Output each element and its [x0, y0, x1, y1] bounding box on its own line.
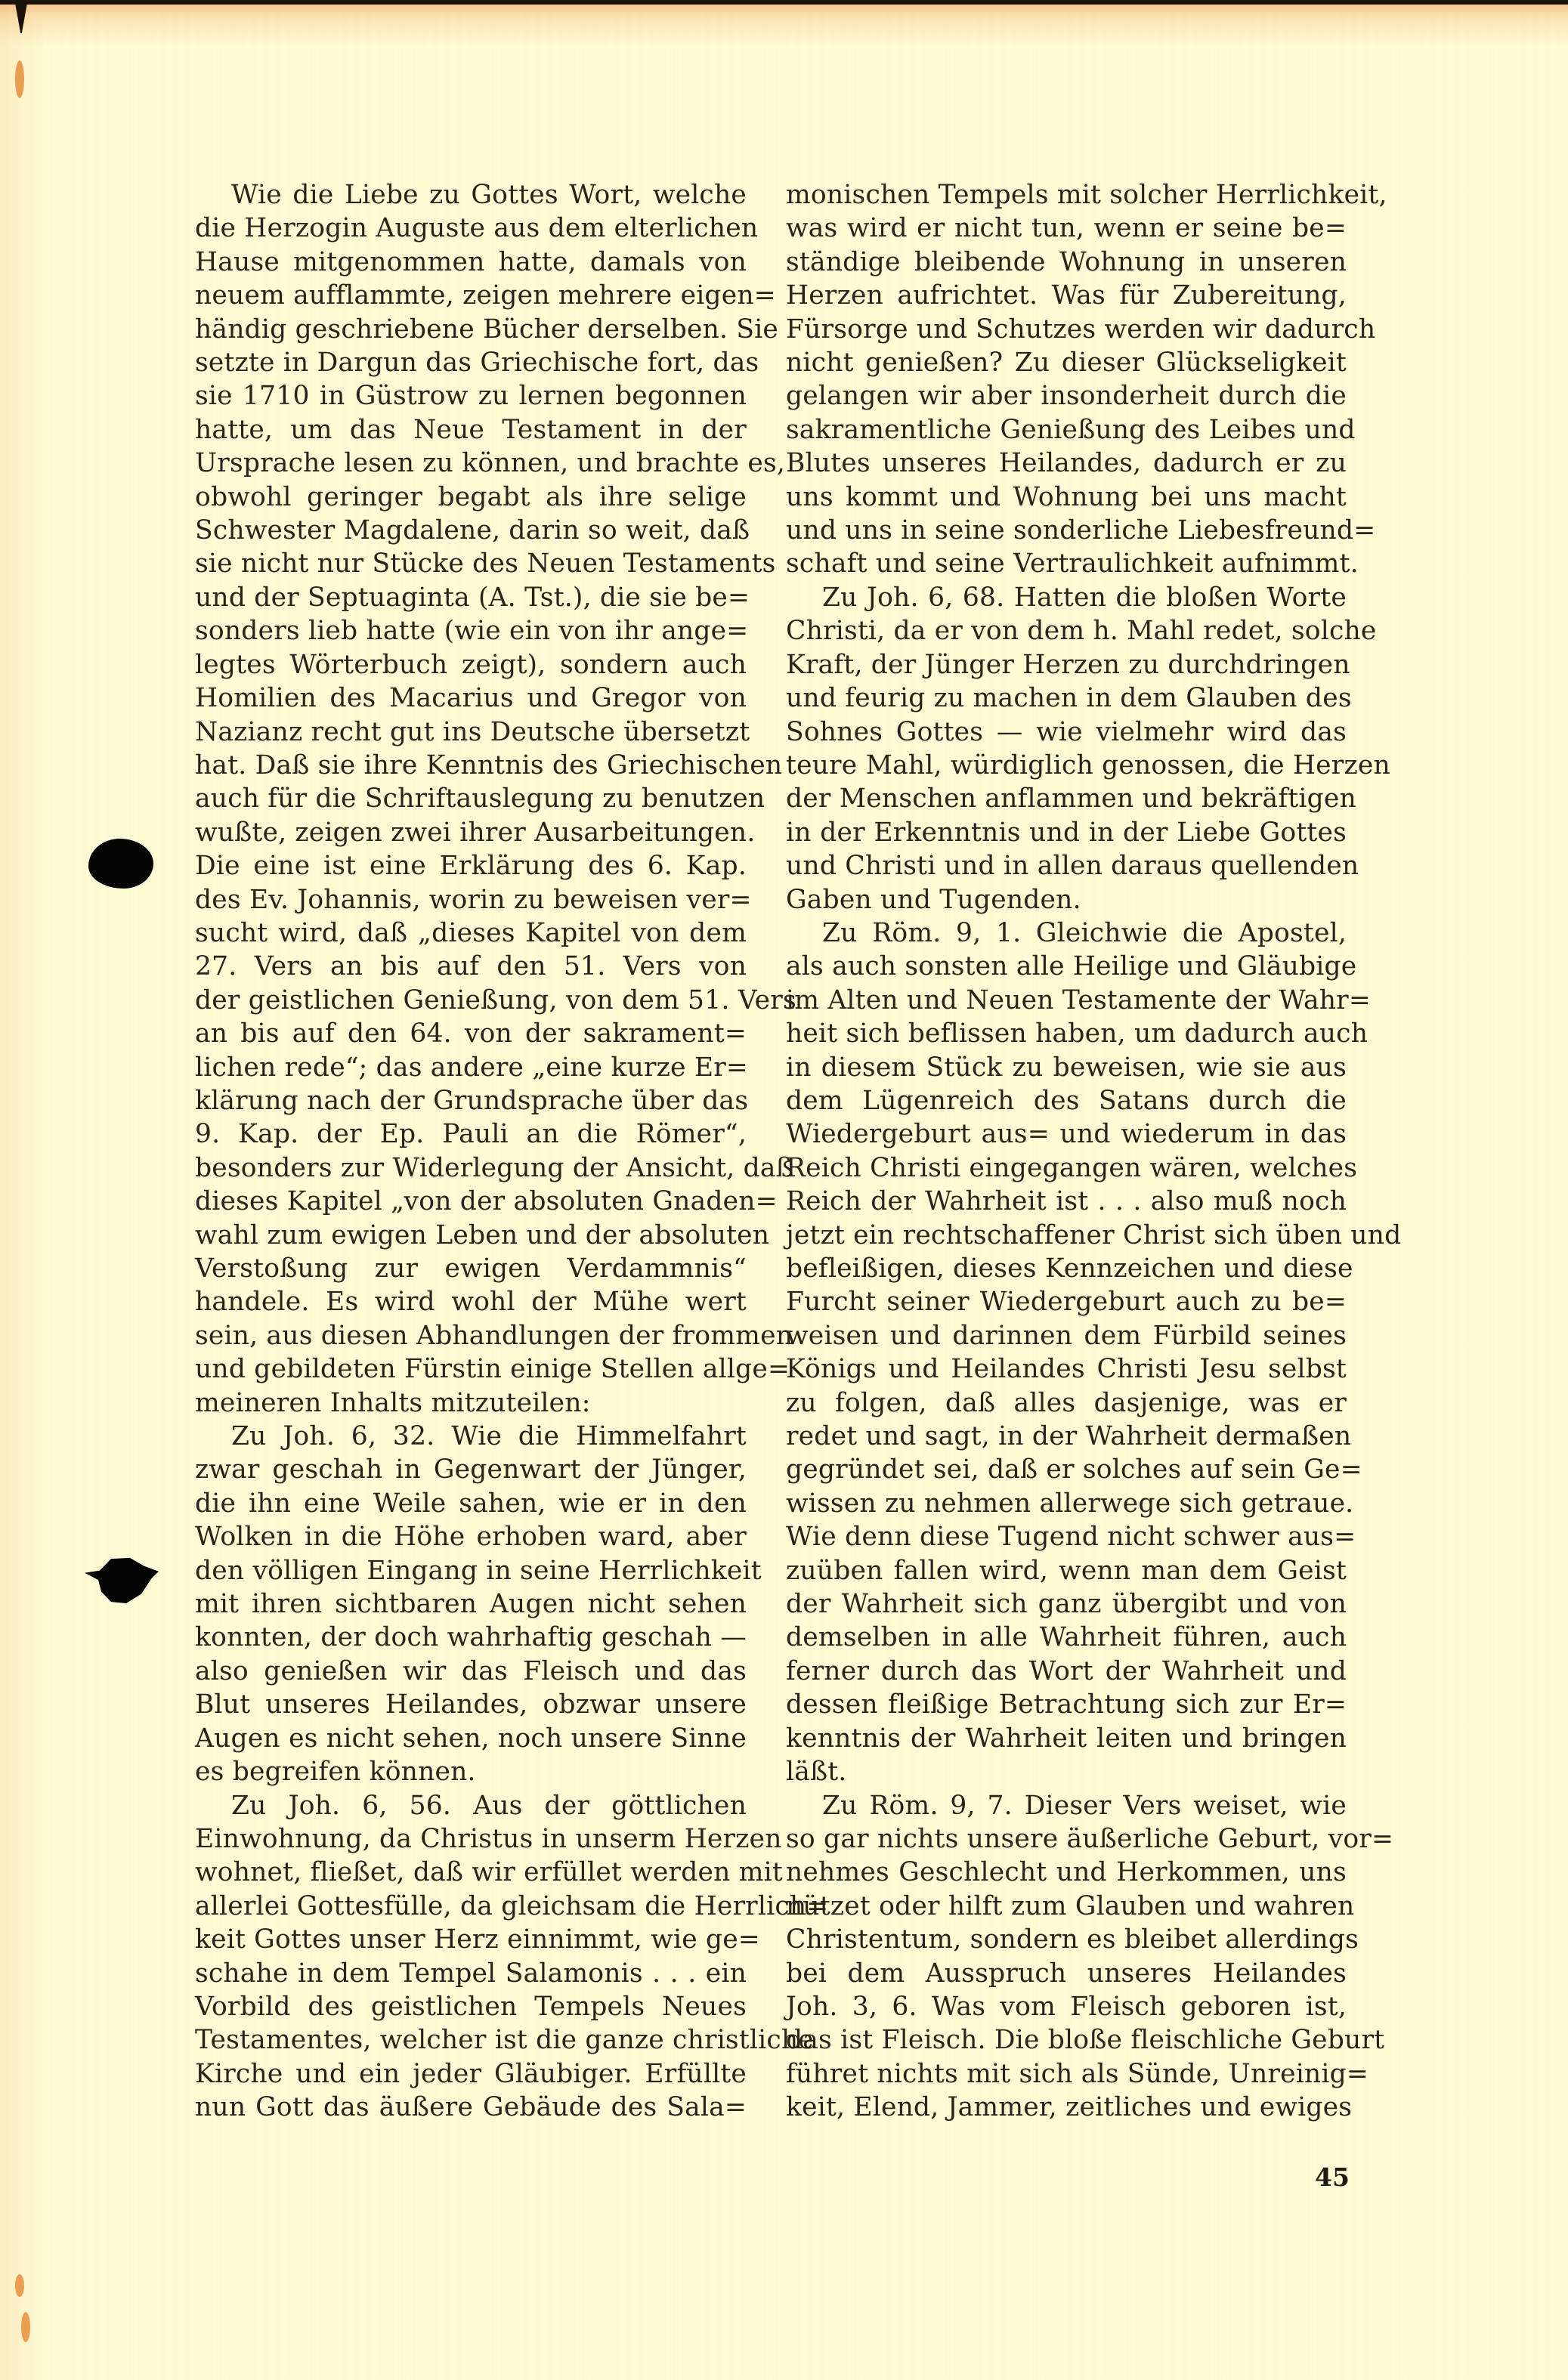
text-line: und Christi und in allen daraus quellend…	[786, 849, 1347, 882]
text-line: Wiedergeburt aus= und wiederum in das	[786, 1117, 1347, 1151]
text-line: Zu Röm. 9, 7. Dieser Vers weiset, wie	[786, 1789, 1347, 1822]
text-line: das ist Fleisch. Die bloße fleischliche …	[786, 2023, 1347, 2057]
text-line: sakramentliche Genießung des Leibes und	[786, 413, 1347, 447]
text-line: Nazianz recht gut ins Deutsche übersetzt	[195, 716, 747, 749]
text-line: dessen fleißige Betrachtung sich zur Er=	[786, 1688, 1347, 1721]
text-line: nehmes Geschlecht und Herkommen, uns	[786, 1856, 1347, 1889]
text-line: Reich Christi eingegangen wären, welches	[786, 1151, 1347, 1185]
text-line: befleißigen, dieses Kennzeichen und dies…	[786, 1252, 1347, 1285]
punch-hole-upper	[88, 839, 153, 889]
text-line: hat. Daß sie ihre Kenntnis des Griechisc…	[195, 749, 747, 782]
text-line: Kirche und ein jeder Gläubiger. Erfüllte	[195, 2057, 747, 2091]
text-line: und der Septuaginta (A. Tst.), die sie b…	[195, 581, 747, 614]
text-line: es begreifen können.	[195, 1755, 747, 1788]
text-line: Fürsorge und Schutzes werden wir dadurch	[786, 313, 1347, 346]
text-line: sucht wird, daß „dieses Kapitel von dem	[195, 916, 747, 950]
text-line: nun Gott das äußere Gebäude des Sala=	[195, 2091, 747, 2124]
text-line: und feurig zu machen in dem Glauben des	[786, 682, 1347, 715]
text-line: in der Erkenntnis und in der Liebe Gotte…	[786, 816, 1347, 849]
text-line: uns kommt und Wohnung bei uns macht	[786, 481, 1347, 514]
text-line: keit, Elend, Jammer, zeitliches und ewig…	[786, 2091, 1347, 2124]
text-line: Wie denn diese Tugend nicht schwer aus=	[786, 1520, 1347, 1553]
text-line: der Menschen anflammen und bekräftigen	[786, 782, 1347, 815]
text-line: händig geschriebene Bücher derselben. Si…	[195, 313, 747, 346]
text-line: zuüben fallen wird, wenn man dem Geist	[786, 1554, 1347, 1587]
text-line: allerlei Gottesfülle, da gleichsam die H…	[195, 1890, 747, 1923]
text-line: Zu Röm. 9, 1. Gleichwie die Apostel,	[786, 916, 1347, 950]
text-line: konnten, der doch wahrhaftig geschah —	[195, 1621, 747, 1654]
text-line: 9. Kap. der Ep. Pauli an die Römer“,	[195, 1117, 747, 1151]
text-line: schaft und seine Vertraulichkeit aufnimm…	[786, 547, 1347, 580]
text-line: Zu Joh. 6, 32. Wie die Himmelfahrt	[195, 1420, 747, 1453]
edge-stain	[15, 2274, 24, 2297]
text-line: heit sich beflissen haben, um dadurch au…	[786, 1017, 1347, 1050]
text-line: also genießen wir das Fleisch und das	[195, 1655, 747, 1688]
text-line: gegründet sei, daß er solches auf sein G…	[786, 1453, 1347, 1486]
text-line: die Herzogin Auguste aus dem elterlichen	[195, 212, 747, 245]
text-line: 27. Vers an bis auf den 51. Vers von	[195, 950, 747, 983]
text-line: wußte, zeigen zwei ihrer Ausarbeitungen.	[195, 816, 747, 849]
text-line: Vorbild des geistlichen Tempels Neues	[195, 1990, 747, 2023]
text-line: klärung nach der Grundsprache über das	[195, 1084, 747, 1117]
text-line: dem Lügenreich des Satans durch die	[786, 1084, 1347, 1117]
text-line: was wird er nicht tun, wenn er seine be=	[786, 212, 1347, 245]
text-line: der Wahrheit sich ganz übergibt und von	[786, 1587, 1347, 1621]
text-line: demselben in alle Wahrheit führen, auch	[786, 1621, 1347, 1654]
text-line: schahe in dem Tempel Salamonis . . . ein	[195, 1957, 747, 1990]
text-line: Zu Joh. 6, 56. Aus der göttlichen	[195, 1789, 747, 1822]
text-line: Sohnes Gottes — wie vielmehr wird das	[786, 716, 1347, 749]
text-line: läßt.	[786, 1755, 1347, 1788]
page-top-edge	[0, 0, 1568, 5]
text-line: wohnet, fließet, daß wir erfüllet werden…	[195, 1856, 747, 1889]
text-line: den völligen Eingang in seine Herrlichke…	[195, 1554, 747, 1587]
text-line: Furcht seiner Wiedergeburt auch zu be=	[786, 1285, 1347, 1318]
text-line: Blut unseres Heilandes, obzwar unsere	[195, 1688, 747, 1721]
text-line: nützet oder hilft zum Glauben und wahren	[786, 1890, 1347, 1923]
text-line: neuem aufflammte, zeigen mehrere eigen=	[195, 279, 747, 312]
text-line: bei dem Ausspruch unseres Heilandes	[786, 1957, 1347, 1990]
text-line: besonders zur Widerlegung der Ansicht, d…	[195, 1151, 747, 1185]
text-line: jetzt ein rechtschaffener Christ sich üb…	[786, 1219, 1347, 1252]
text-line: kenntnis der Wahrheit leiten und bringen	[786, 1722, 1347, 1755]
text-line: teure Mahl, würdiglich genossen, die Her…	[786, 749, 1347, 782]
text-line: führet nichts mit sich als Sünde, Unrein…	[786, 2057, 1347, 2091]
text-line: Homilien des Macarius und Gregor von	[195, 682, 747, 715]
text-line: Wolken in die Höhe erhoben ward, aber	[195, 1520, 747, 1553]
text-line: Wie die Liebe zu Gottes Wort, welche	[195, 178, 747, 212]
text-line: Augen es nicht sehen, noch unsere Sinne	[195, 1722, 747, 1755]
text-line: wahl zum ewigen Leben und der absoluten	[195, 1219, 747, 1252]
text-line: ständige bleibende Wohnung in unseren	[786, 246, 1347, 279]
text-line: mit ihren sichtbaren Augen nicht sehen	[195, 1587, 747, 1621]
text-line: wissen zu nehmen allerwege sich getraue.	[786, 1487, 1347, 1520]
text-line: Herzen aufrichtet. Was für Zubereitung,	[786, 279, 1347, 312]
text-line: Gaben und Tugenden.	[786, 883, 1347, 916]
text-line: Testamentes, welcher ist die ganze chris…	[195, 2023, 747, 2057]
text-line: die ihn eine Weile sahen, wie er in den	[195, 1487, 747, 1520]
text-line: Ursprache lesen zu können, und brachte e…	[195, 447, 747, 480]
text-line: dieses Kapitel „von der absoluten Gnaden…	[195, 1185, 747, 1218]
text-line: keit Gottes unser Herz einnimmt, wie ge=	[195, 1923, 747, 1956]
text-line: Schwester Magdalene, darin so weit, daß	[195, 514, 747, 547]
text-line: sonders lieb hatte (wie ein von ihr ange…	[195, 614, 747, 648]
text-line: weisen und darinnen dem Fürbild seines	[786, 1319, 1347, 1352]
text-line: zu folgen, daß alles dasjenige, was er	[786, 1386, 1347, 1420]
text-line: lichen rede“; das andere „eine kurze Er=	[195, 1051, 747, 1084]
text-line: als auch sonsten alle Heilige und Gläubi…	[786, 950, 1347, 983]
text-line: ferner durch das Wort der Wahrheit und	[786, 1655, 1347, 1688]
text-line: sein, aus diesen Abhandlungen der fromme…	[195, 1319, 747, 1352]
text-line: in diesem Stück zu beweisen, wie sie aus	[786, 1051, 1347, 1084]
text-line: meineren Inhalts mitzuteilen:	[195, 1386, 747, 1420]
left-text-column: Wie die Liebe zu Gottes Wort, welchedie …	[195, 178, 747, 2125]
text-line: obwohl geringer begabt als ihre selige	[195, 481, 747, 514]
text-line: Blutes unseres Heilandes, dadurch er zu	[786, 447, 1347, 480]
page-number: 45	[1315, 2162, 1350, 2192]
right-text-column: monischen Tempels mit solcher Herrlichke…	[786, 178, 1347, 2125]
text-line: handele. Es wird wohl der Mühe wert	[195, 1285, 747, 1318]
text-line: gelangen wir aber insonderheit durch die	[786, 379, 1347, 413]
text-line: Zu Joh. 6, 68. Hatten die bloßen Worte	[786, 581, 1347, 614]
text-line: des Ev. Johannis, worin zu beweisen ver=	[195, 883, 747, 916]
text-line: Kraft, der Jünger Herzen zu durchdringen	[786, 648, 1347, 682]
text-line: Einwohnung, da Christus in unserm Herzen	[195, 1822, 747, 1856]
edge-stain	[21, 2312, 30, 2342]
text-line: nicht genießen? Zu dieser Glückseligkeit	[786, 346, 1347, 379]
text-line: Christi, da er von dem h. Mahl redet, so…	[786, 614, 1347, 648]
text-line: Joh. 3, 6. Was vom Fleisch geboren ist,	[786, 1990, 1347, 2023]
text-line: im Alten und Neuen Testamente der Wahr=	[786, 984, 1347, 1017]
text-line: an bis auf den 64. von der sakrament=	[195, 1017, 747, 1050]
text-line: sie nicht nur Stücke des Neuen Testament…	[195, 547, 747, 580]
text-line: sie 1710 in Güstrow zu lernen begonnen	[195, 379, 747, 413]
text-line: redet und sagt, in der Wahrheit dermaßen	[786, 1420, 1347, 1453]
text-line: Reich der Wahrheit ist . . . also muß no…	[786, 1185, 1347, 1218]
text-line: und gebildeten Fürstin einige Stellen al…	[195, 1352, 747, 1386]
text-line: und uns in seine sonderliche Liebesfreun…	[786, 514, 1347, 547]
text-line: Christentum, sondern es bleibet allerdin…	[786, 1923, 1347, 1956]
text-line: der geistlichen Genießung, von dem 51. V…	[195, 984, 747, 1017]
text-line: Die eine ist eine Erklärung des 6. Kap.	[195, 849, 747, 882]
text-line: Königs und Heilandes Christi Jesu selbst	[786, 1352, 1347, 1386]
text-line: auch für die Schriftauslegung zu benutze…	[195, 782, 747, 815]
edge-stain	[15, 60, 24, 98]
text-line: monischen Tempels mit solcher Herrlichke…	[786, 178, 1347, 212]
text-line: so gar nichts unsere äußerliche Geburt, …	[786, 1822, 1347, 1856]
text-line: Verstoßung zur ewigen Verdammnis“	[195, 1252, 747, 1285]
text-line: legtes Wörterbuch zeigt), sondern auch	[195, 648, 747, 682]
text-line: zwar geschah in Gegenwart der Jünger,	[195, 1453, 747, 1486]
text-line: Hause mitgenommen hatte, damals von	[195, 246, 747, 279]
text-line: hatte, um das Neue Testament in der	[195, 413, 747, 447]
text-line: setzte in Dargun das Griechische fort, d…	[195, 346, 747, 379]
